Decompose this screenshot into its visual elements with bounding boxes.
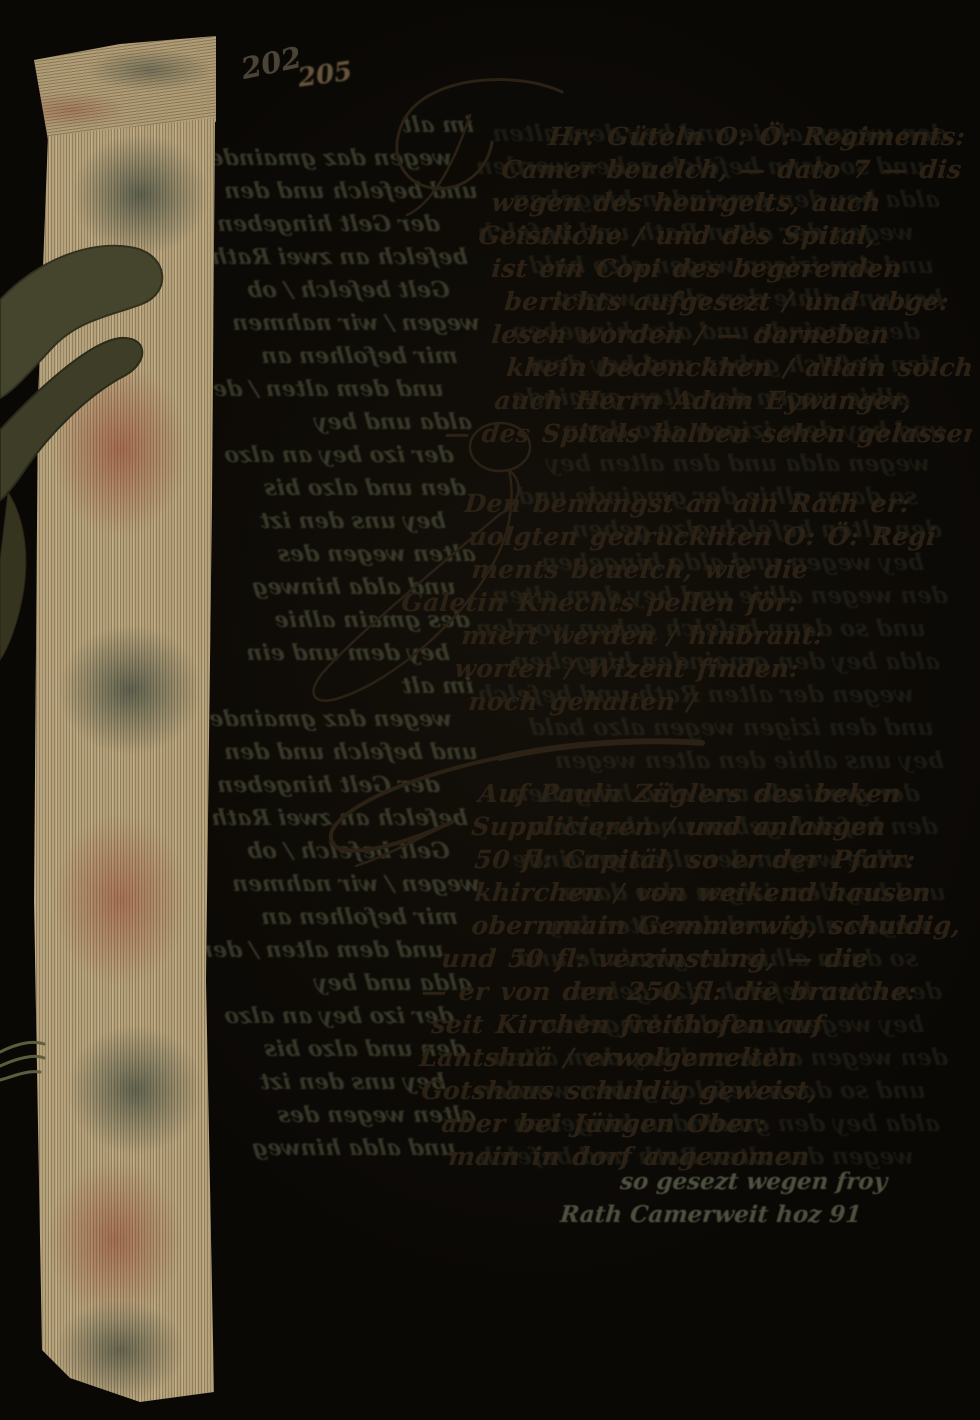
manuscript-line: seit Kirchen freithofen auf [430, 1010, 962, 1043]
manuscript-line: noch gehalten / [467, 687, 937, 720]
bleedthrough-line: Rath Camerweit hoz 91 [559, 1201, 889, 1234]
manuscript-line: worten / Wizent finden: [453, 654, 937, 687]
manuscript-line: khirchen / von weikend hausen [473, 878, 962, 911]
bleedthrough-line: der izo bey an alzo [229, 442, 456, 475]
manuscript-line: uolgten gedruckhten O: Ö: Regi [467, 522, 937, 555]
manuscript-line: main in dorf angenomen [447, 1142, 962, 1175]
folio-number: 202 [238, 40, 304, 86]
bleedthrough-line: und dem alten / den [229, 376, 446, 409]
manuscript-line: — des Spitals halben sehen gelassen / [443, 419, 980, 452]
manuscript-line: Camer beuelch, — dato 7 — dis [500, 155, 980, 188]
manuscript-line: 50 fl: Capitäl, so er der Pfarr: [473, 845, 962, 878]
manuscript-line: auch Herrn Adam Eywanger, [493, 386, 980, 419]
manuscript-line: Hr: Güteln O: Ö: Regiments: und [547, 122, 980, 155]
manuscript-line: und 50 fl: verzinstung, — die [440, 944, 962, 977]
manuscript-line: obernmain Gemmerwig, schuldig, [470, 911, 962, 944]
bleedthrough-line: wegen daz gmainde [229, 145, 454, 178]
bleedthrough-line: bey uns alhie den alten wegen [467, 747, 946, 780]
manuscript-line: Auf Pauln Züglers des beken [477, 779, 962, 812]
bleedthrough-line: und befelch und den [229, 739, 480, 772]
manuscript-line: Gotshaus schuldig geweist, [420, 1076, 962, 1109]
bleedthrough-line: im alt [229, 112, 476, 145]
manuscript-line: ments beuelch, wie die [470, 555, 937, 588]
bleedthrough-line: und befelch und den [229, 178, 480, 211]
manuscript-line: Lantshuä / erwolgemelten [418, 1043, 962, 1076]
manuscript-line: wegen des heurgelts, auch [490, 188, 980, 221]
manuscript-line: Geistliche / und des Spital, [477, 221, 980, 254]
bleedthrough-line: wegen / wir nahmen [229, 310, 482, 343]
bleedthrough-line: alda und bey [229, 409, 474, 442]
ribbon-tie-strand [0, 492, 26, 660]
bleedthrough-line: mir befolhen an [229, 343, 460, 376]
folio-number-ghost: 205 [296, 56, 354, 93]
manuscript-line: Galetin Knechts pellen för: [400, 588, 937, 621]
bleedthrough-footer-text: so gesezt wegen froyRath Camerweit hoz 9… [560, 1168, 887, 1234]
bleedthrough-line: befelch an zwei Rath [229, 244, 470, 277]
manuscript-line: ist ein Copi des begerenden [490, 254, 980, 287]
photograph: im altwegen daz gmaindeund befelch und d… [0, 0, 980, 1420]
manuscript-line: miert werden / hinbrant: [460, 621, 937, 654]
manuscript-entry-1: Hr: Güteln O: Ö: Regiments: undCamer beu… [480, 122, 980, 452]
manuscript-line: berichts aufgesezt / und abge: [503, 287, 980, 320]
bleedthrough-line: Gelt befelch / ob [229, 277, 452, 310]
manuscript-entry-3: Auf Pauln Züglers des bekenSupplicieren … [405, 779, 959, 1175]
manuscript-entry-2: Den benlangst an ain Rath er:uolgten ged… [400, 489, 935, 720]
manuscript-line: lesen worden / — darneben [490, 320, 980, 353]
bleedthrough-line: wegen alda und den alten bey [467, 450, 932, 483]
bleedthrough-line: der Gelt hingeben [229, 211, 442, 244]
manuscript-line: aber bei Jüngen Ober: [440, 1109, 962, 1142]
manuscript-line: khein bedenckhen / allain solches [505, 353, 980, 386]
manuscript-line: — er von den 250 fl: die brauche: [420, 977, 962, 1010]
manuscript-line: Supplicieren / und anlangen [470, 812, 962, 845]
manuscript-line: Den benlangst an ain Rath er: [463, 489, 937, 522]
